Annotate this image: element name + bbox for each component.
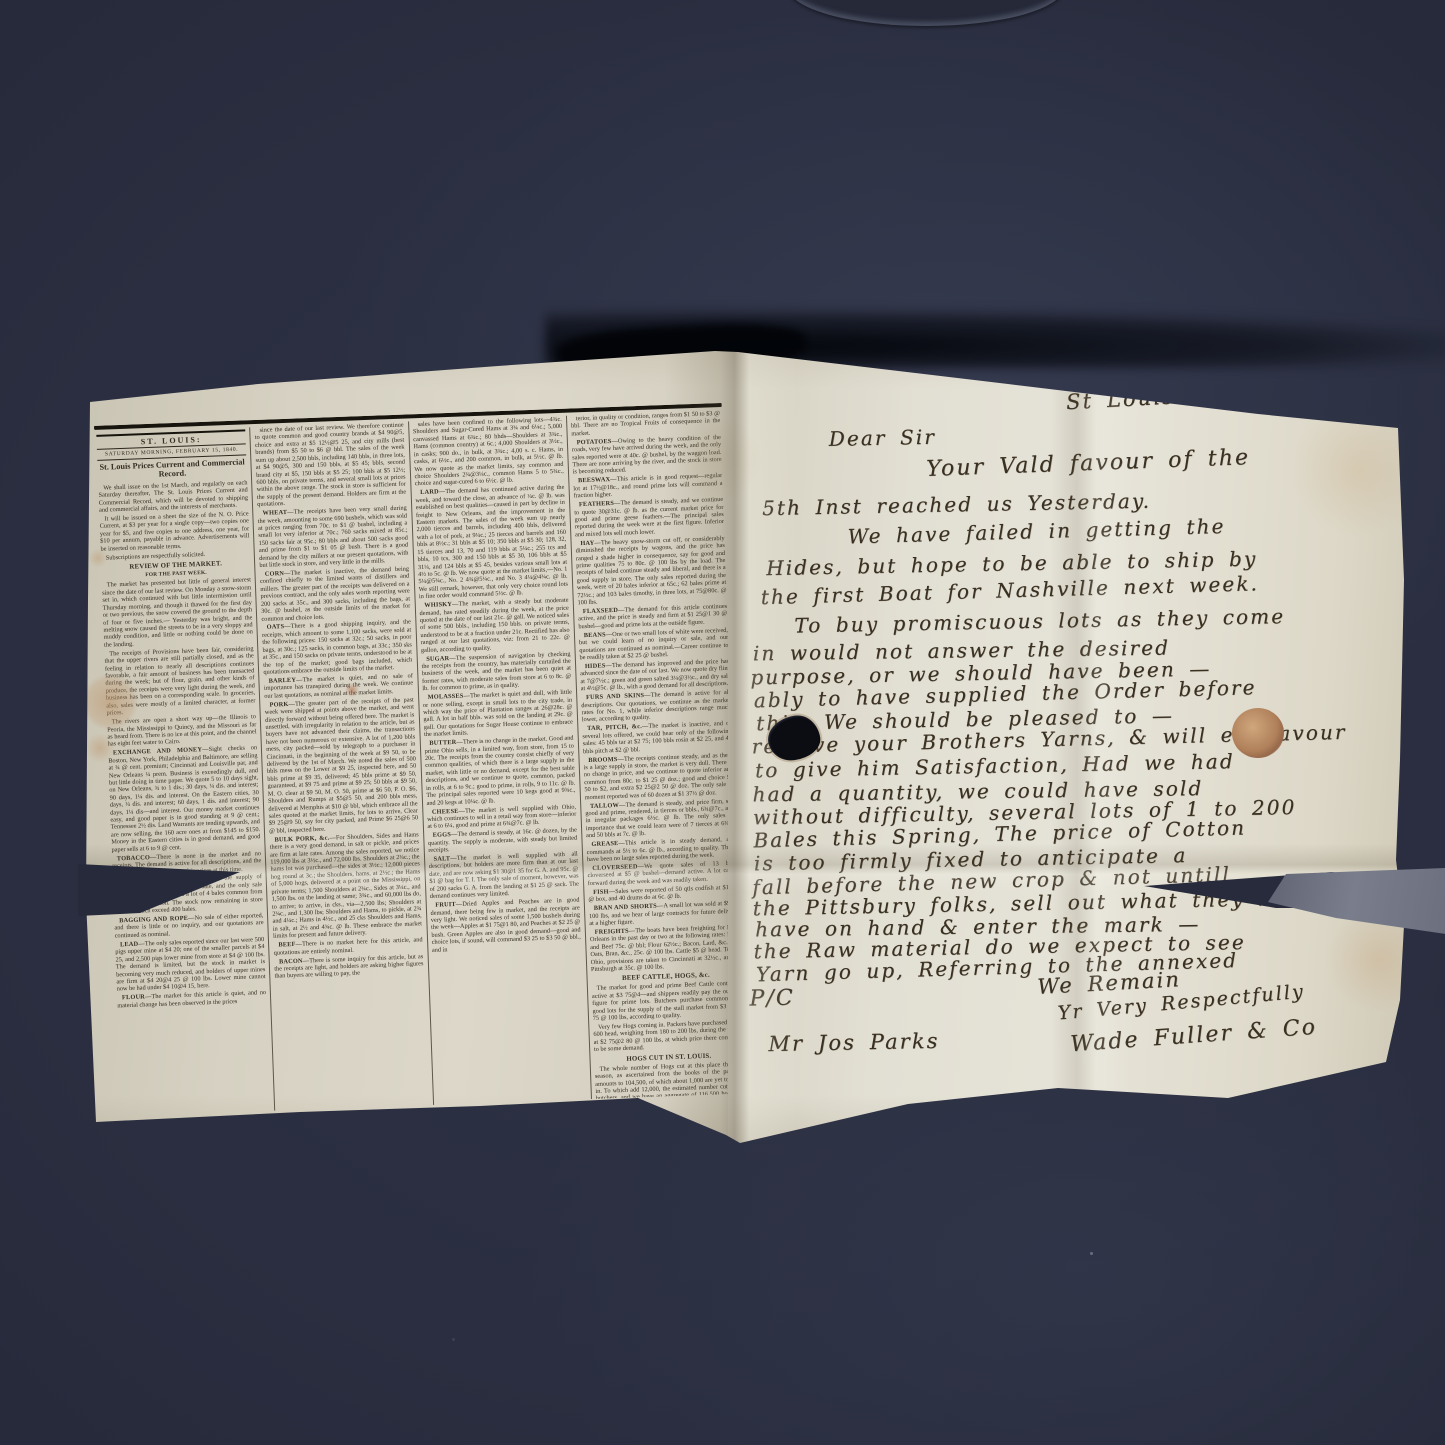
letter-signature: Wade Fuller & Co	[1070, 1015, 1318, 1058]
newspaper-print-area: ST. LOUIS: SATURDAY MORNING, FEBRUARY 15…	[92, 403, 749, 1120]
newspaper-masthead: ST. LOUIS: SATURDAY MORNING, FEBRUARY 15…	[96, 429, 247, 482]
newspaper-column: terior, in quality or condition, ranges …	[567, 410, 749, 1099]
newspaper-section: FREIGHTS—The boats have been freighting …	[590, 923, 741, 973]
letter-addressee: Mr Jos Parks	[768, 1029, 940, 1056]
newspaper-section: We shall issue on the 1st March, and reg…	[98, 479, 248, 514]
newspaper-column: ST. LOUIS: SATURDAY MORNING, FEBRUARY 15…	[92, 427, 275, 1116]
newspaper-section: BROOMS—The receipts continue steady, and…	[583, 751, 734, 801]
newspaper-section: The rivers are open a short way up—the I…	[107, 713, 257, 748]
newspaper-column: since the date of our last review. We th…	[250, 421, 433, 1110]
newspaper-section: CORN—The market is inactive, the demand …	[260, 565, 411, 622]
newspaper-section: EXCHANGE AND MONEY—Sight checks on Bosto…	[108, 744, 261, 853]
dust-speck	[1090, 1252, 1093, 1255]
masthead-title: St. Louis Prices Current and Commercial …	[97, 457, 247, 481]
letter-dateline: St Louis 16th Feby 1840	[1065, 373, 1395, 415]
cup-base-shadow	[788, 0, 1064, 26]
photo-scene: ST. LOUIS: SATURDAY MORNING, FEBRUARY 15…	[0, 0, 1445, 1445]
letter-line: Your Vald favour of the	[926, 445, 1251, 482]
newspaper-section: FURS AND SKINS—The demand is active for …	[581, 689, 731, 724]
newspaper-section: BEANS—One or two small lots of white wer…	[579, 627, 729, 662]
newspaper-column-body: sales have been confined to the followin…	[413, 416, 582, 954]
newspaper-section: LARD—The demand has continued active dur…	[415, 484, 568, 601]
newspaper-section: HAY—The heavy snow-storm cut off, or con…	[575, 535, 727, 607]
newspaper-section: since the date of our last review. We th…	[254, 422, 406, 509]
newspaper-column-body: We shall issue on the 1st March, and reg…	[98, 479, 266, 1009]
newspaper-section: HIDES—The demand has improved and the pr…	[580, 658, 730, 693]
newspaper-section: POTATOES—Owing to the heavy condition of…	[572, 434, 723, 477]
newspaper-section: Very few Hogs coming in. Packers have pu…	[593, 1019, 743, 1054]
newspaper-section: The market for good and prime Beef Cattl…	[592, 980, 743, 1023]
newspaper-section: WHISKY—The market, with a steady but mod…	[419, 597, 570, 654]
newspaper-section: BACON—There is some inquiry for this art…	[274, 953, 424, 981]
newspaper-column-body: terior, in quality or condition, ranges …	[571, 410, 746, 1099]
torn-edge-right	[1136, 868, 1445, 946]
newspaper-section: SUGAR—The suspension of navigation by ch…	[421, 650, 572, 693]
newspaper-section: OATS—There is a good shipping inquiry, a…	[262, 619, 413, 676]
newspaper-column: sales have been confined to the followin…	[409, 416, 592, 1105]
letter-lines: St Louis 16th Feby 1840 Dear Sir We Rema…	[727, 328, 1424, 1153]
newspaper-section: It will be issued on a sheet the size of…	[99, 510, 250, 553]
newspaper-column-body: since the date of our last review. We th…	[254, 422, 423, 981]
letter-line: To buy promiscuous lots as they come	[794, 604, 1285, 637]
newspaper-section: FEATHERS—The demand is steady, and we co…	[574, 496, 725, 539]
newspaper-section: The market has presented but little of g…	[102, 577, 254, 649]
newspaper-section: BULK PORK, &c.—For Shoulders, Sides and …	[269, 831, 422, 940]
newspaper-section: MOLASSES—The market is quiet and dull, w…	[423, 689, 574, 739]
newspaper-section: LEAD—The only sales reported since our l…	[115, 936, 266, 993]
letter-line: 5th Inst reached us Yesterday.	[762, 489, 1151, 520]
letter-line: P/C	[749, 986, 795, 1012]
letter-line: We have failed in getting the	[847, 514, 1226, 549]
letter-page: St Louis 16th Feby 1840 Dear Sir We Rema…	[728, 340, 1410, 1152]
tear-flap	[1256, 868, 1445, 942]
newspaper-section: The whole number of Hogs cut at this pla…	[595, 1060, 746, 1099]
letter-salutation: Dear Sir	[829, 425, 937, 451]
unfolded-document: ST. LOUIS: SATURDAY MORNING, FEBRUARY 15…	[78, 340, 1410, 1152]
newspaper-section: BUTTER—There is no change in the market.…	[424, 735, 576, 807]
newspaper-section: TALLOW—The demand is steady, and price f…	[585, 797, 736, 840]
newspaper-page: ST. LOUIS: SATURDAY MORNING, FEBRUARY 15…	[78, 340, 730, 1152]
dust-speck	[452, 1338, 455, 1341]
wax-stain	[1232, 708, 1284, 758]
newspaper-section: PORK—The greater part of the receipts of…	[264, 696, 418, 835]
newspaper-section: TAR, PITCH, &c.—The market is inactive, …	[582, 720, 732, 755]
newspaper-section: SALT—The market is well supplied with al…	[428, 851, 579, 901]
newspaper-section: The receipts of Provisions have been fai…	[104, 645, 256, 717]
newspaper-section: FRUIT—Dried Apples and Peaches are in go…	[430, 897, 581, 954]
newspaper-section: sales have been confined to the followin…	[413, 416, 565, 488]
newspaper-section: WHEAT—The receipts have been very small …	[257, 505, 408, 570]
